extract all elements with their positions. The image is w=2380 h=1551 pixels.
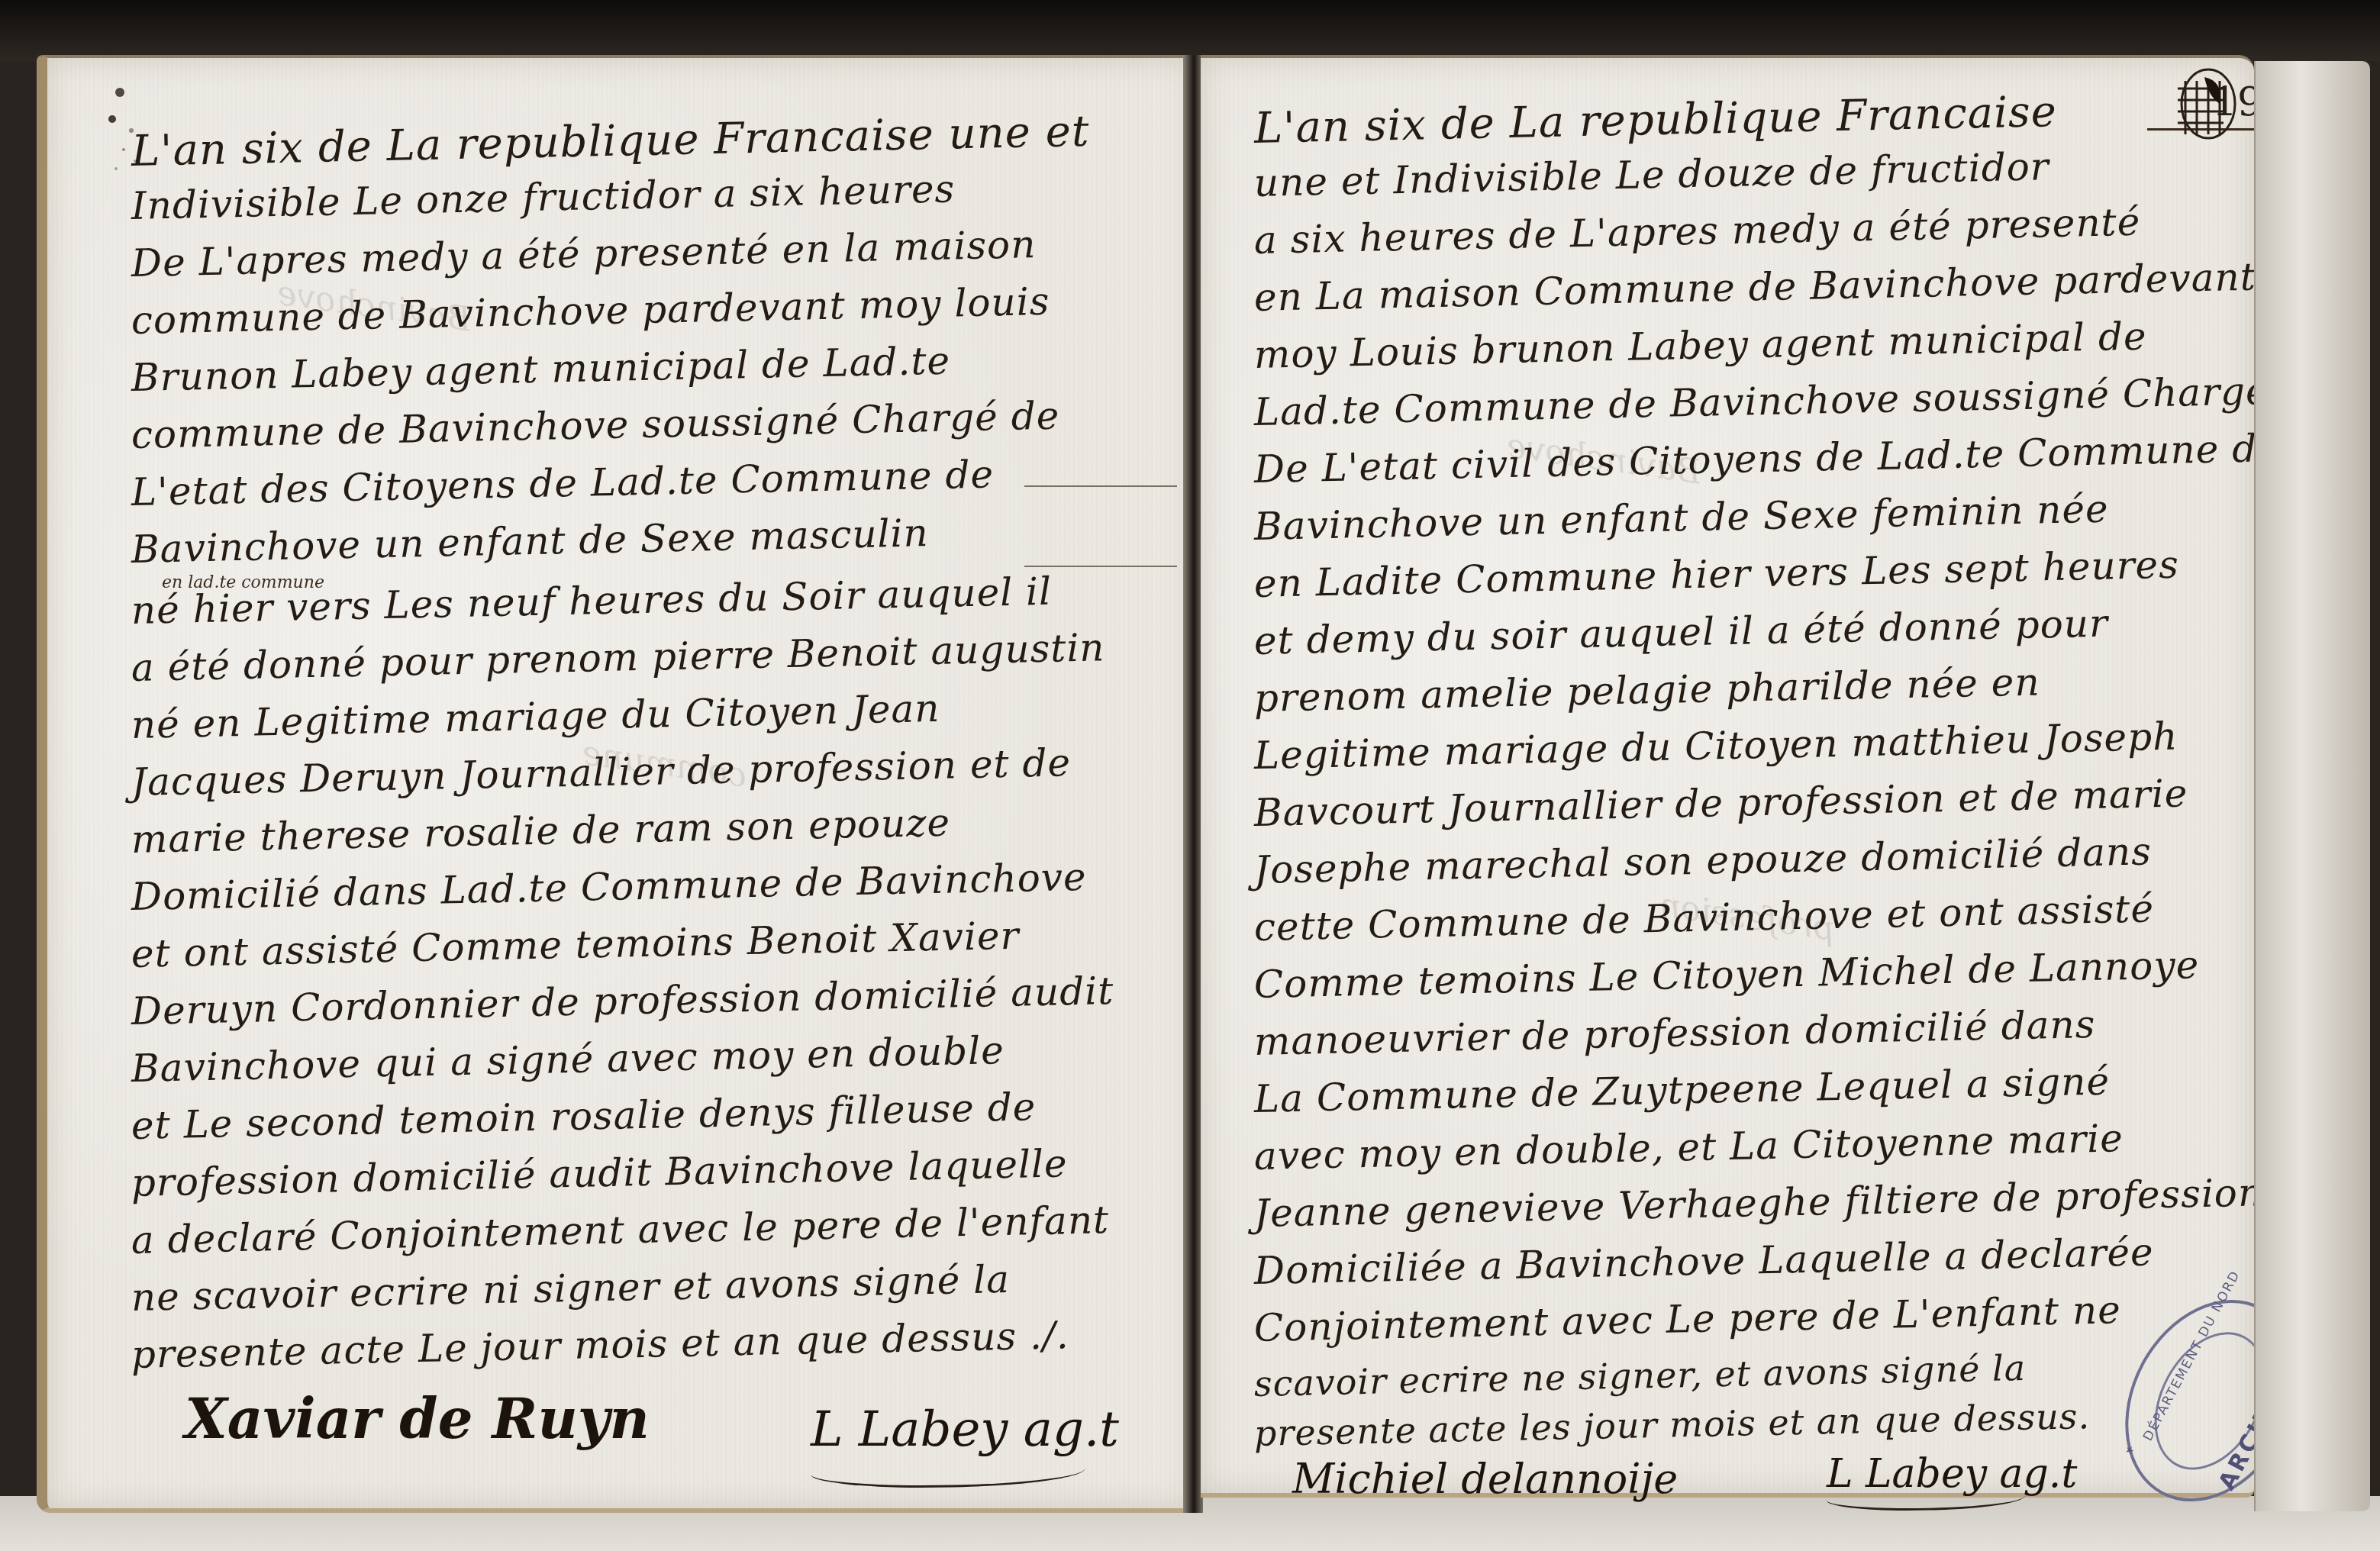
entry-line: profession domicilié audit Bavinchove la… xyxy=(131,1141,1068,1205)
entry-line: La Commune de Zuytpeene Lequel a signé xyxy=(1253,1059,2110,1121)
entry-line: et ont assisté Comme temoins Benoit Xavi… xyxy=(131,914,1020,976)
officer-signature-left: L Labey ag.t xyxy=(811,1401,1119,1458)
entry-line: avec moy en double, et La Citoyenne mari… xyxy=(1253,1116,2124,1179)
entry-line: et Le second temoin rosalie denys filleu… xyxy=(131,1085,1037,1148)
entry-line: Deruyn Cordonnier de profession domicili… xyxy=(131,969,1114,1033)
entry-line: prenom amelie pelagie pharilde née en xyxy=(1253,659,2040,721)
entry-line: manoeuvrier de profession domicilié dans xyxy=(1253,1002,2096,1064)
entry-line: une et Indivisible Le douze de fructidor xyxy=(1253,144,2049,205)
entry-line: Comme temoins Le Citoyen Michel de Lanno… xyxy=(1253,943,2199,1007)
left-page: Bavinchove commune L'an six de La republ… xyxy=(37,55,1196,1513)
entry-line: L'etat des Citoyens de Lad.te Commune de xyxy=(131,452,994,514)
entry-line: L'an six de La republique Francaise xyxy=(1253,87,2057,153)
entry-line: Domiciliée a Bavinchove Laquelle a decla… xyxy=(1253,1230,2154,1293)
paraph-mark-icon xyxy=(2162,66,2239,157)
entry-line: Bavinchove un enfant de Sexe masculin xyxy=(131,511,929,572)
entry-line: presente acte Le jour mois et an que des… xyxy=(131,1313,1069,1377)
entry-line: cette Commune de Bavinchove et ont assis… xyxy=(1253,886,2154,950)
entry-line: a declaré Conjointement avec le pere de … xyxy=(131,1198,1109,1262)
line-filler-stroke xyxy=(1024,566,1177,567)
entry-line: commune de Bavinchove pardevant moy loui… xyxy=(131,279,1050,343)
entry-line: De L'etat civil des Citoyens de Lad.te C… xyxy=(1253,426,2281,492)
entry-line: Domicilié dans Lad.te Commune de Bavinch… xyxy=(131,855,1087,919)
entry-line: Lad.te Commune de Bavinchove soussigné C… xyxy=(1253,369,2269,434)
witness-signature-left: Xaviar de Ruyn xyxy=(185,1386,650,1451)
entry-line: commune de Bavinchove soussigné Chargé d… xyxy=(131,394,1060,457)
entry-line: Jacques Deruyn Journallier de profession… xyxy=(131,740,1071,805)
open-register-book: Bavinchove commune L'an six de La republ… xyxy=(21,40,2342,1536)
entry-line: ne scavoir ecrire ni signer et avons sig… xyxy=(131,1257,1010,1320)
entry-line: scavoir ecrire ne signer, et avons signé… xyxy=(1253,1347,2026,1404)
entry-line: moy Louis brunon Labey agent municipal d… xyxy=(1253,314,2147,377)
entry-line: presente acte les jour mois et an que de… xyxy=(1253,1395,2090,1454)
entry-line: et demy du soir auquel il a été donné po… xyxy=(1253,601,2108,663)
entry-line: marie therese rosalie de ram son epouze xyxy=(131,801,950,862)
entry-line: L'an six de La republique Francaise une … xyxy=(131,107,1090,176)
entry-line: a été donné pour prenom pierre Benoit au… xyxy=(131,625,1105,690)
entry-line: en La maison Commune de Bavinchove parde… xyxy=(1253,255,2256,320)
entry-line: Bavinchove un enfant de Sexe feminin née xyxy=(1253,487,2109,549)
entry-line: Indivisible Le onze fructidor a six heur… xyxy=(131,166,955,228)
entry-line: né en Legitime mariage du Citoyen Jean xyxy=(131,686,940,747)
star-icon: ★ xyxy=(2123,1443,2137,1458)
entry-line: Jeanne genevieve Verhaeghe filtiere de p… xyxy=(1253,1170,2263,1236)
entry-line: Brunon Labey agent municipal de Lad.te xyxy=(131,339,950,400)
entry-line: en Ladite Commune hier vers Les sept heu… xyxy=(1253,543,2179,606)
line-filler-stroke xyxy=(1024,485,1177,487)
signature-flourish xyxy=(1827,1485,2025,1511)
entry-line: a six heures de L'apres medy a été prese… xyxy=(1253,200,2140,263)
signature-flourish xyxy=(811,1455,1085,1488)
witness-signature-right: Michiel delannoije xyxy=(1292,1455,1678,1503)
right-page: 19 Bavinchove profession L'an six de La … xyxy=(1201,55,2254,1498)
entry-line: Legitime mariage du Citoyen matthieu Jos… xyxy=(1253,714,2178,778)
entry-line: Bavcourt Journallier de profession et de… xyxy=(1253,771,2188,835)
entry-line: Bavinchove qui a signé avec moy en doubl… xyxy=(131,1028,1005,1091)
entry-line: Josephe marechal son epouze domicilié da… xyxy=(1253,829,2152,892)
stacked-page-edges xyxy=(2254,61,2370,1511)
entry-line: De L'apres medy a été presenté en la mai… xyxy=(131,222,1036,285)
entry-line: Conjointement avec Le pere de L'enfant n… xyxy=(1253,1288,2121,1350)
